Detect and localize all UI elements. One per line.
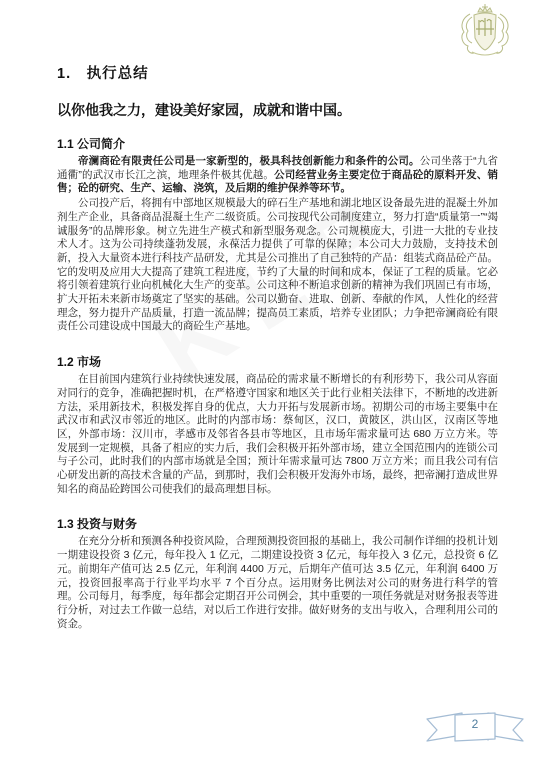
page-number: 2 [424, 717, 526, 731]
section-heading-1-2: 1.2 市场 [57, 353, 498, 370]
paragraph: 公司投产后，将拥有中部地区规模最大的碎石生产基地和湖北地区设备最先进的混凝土外加… [57, 197, 498, 334]
slogan-text: 以你他我之力，建设美好家园，成就和谐中国。 [57, 100, 498, 120]
text-run: 帝澜商砼有限责任公司是一家新型的，极具科技创新能力和条件的公司。 [78, 155, 420, 167]
text-run: 公司投产后，将拥有中部地区规模最大的碎石生产基地和湖北地区设备最先进的混凝土外加… [57, 197, 498, 332]
section-heading-1-3: 1.3 投资与财务 [57, 515, 498, 532]
company-crest-logo [456, 2, 514, 62]
document-title: 1. 执行总结 [57, 62, 498, 83]
text-run: 在充分分析和预测各种投资风险，合理预测投资回报的基础上，我公司制作详细的投机计划… [57, 535, 509, 629]
paragraph: 帝澜商砼有限责任公司是一家新型的，极具科技创新能力和条件的公司。公司坐落于“九省… [57, 155, 498, 196]
text-run: 在目前国内建筑行业持续快速发展，商品砼的需求量不断增长的有利形势下，我公司从容面… [57, 373, 498, 495]
paragraph: 在充分分析和预测各种投资风险，合理预测投资回报的基础上，我公司制作详细的投机计划… [57, 535, 498, 631]
document-body: 1. 执行总结 以你他我之力，建设美好家园，成就和谐中国。 1.1 公司简介 帝… [57, 62, 498, 632]
section-heading-1-1: 1.1 公司简介 [57, 135, 498, 152]
paragraph: 在目前国内建筑行业持续快速发展，商品砼的需求量不断增长的有利形势下，我公司从容面… [57, 373, 498, 496]
document-page: KLP 1. 执行总结 以你他我之 [0, 0, 540, 762]
